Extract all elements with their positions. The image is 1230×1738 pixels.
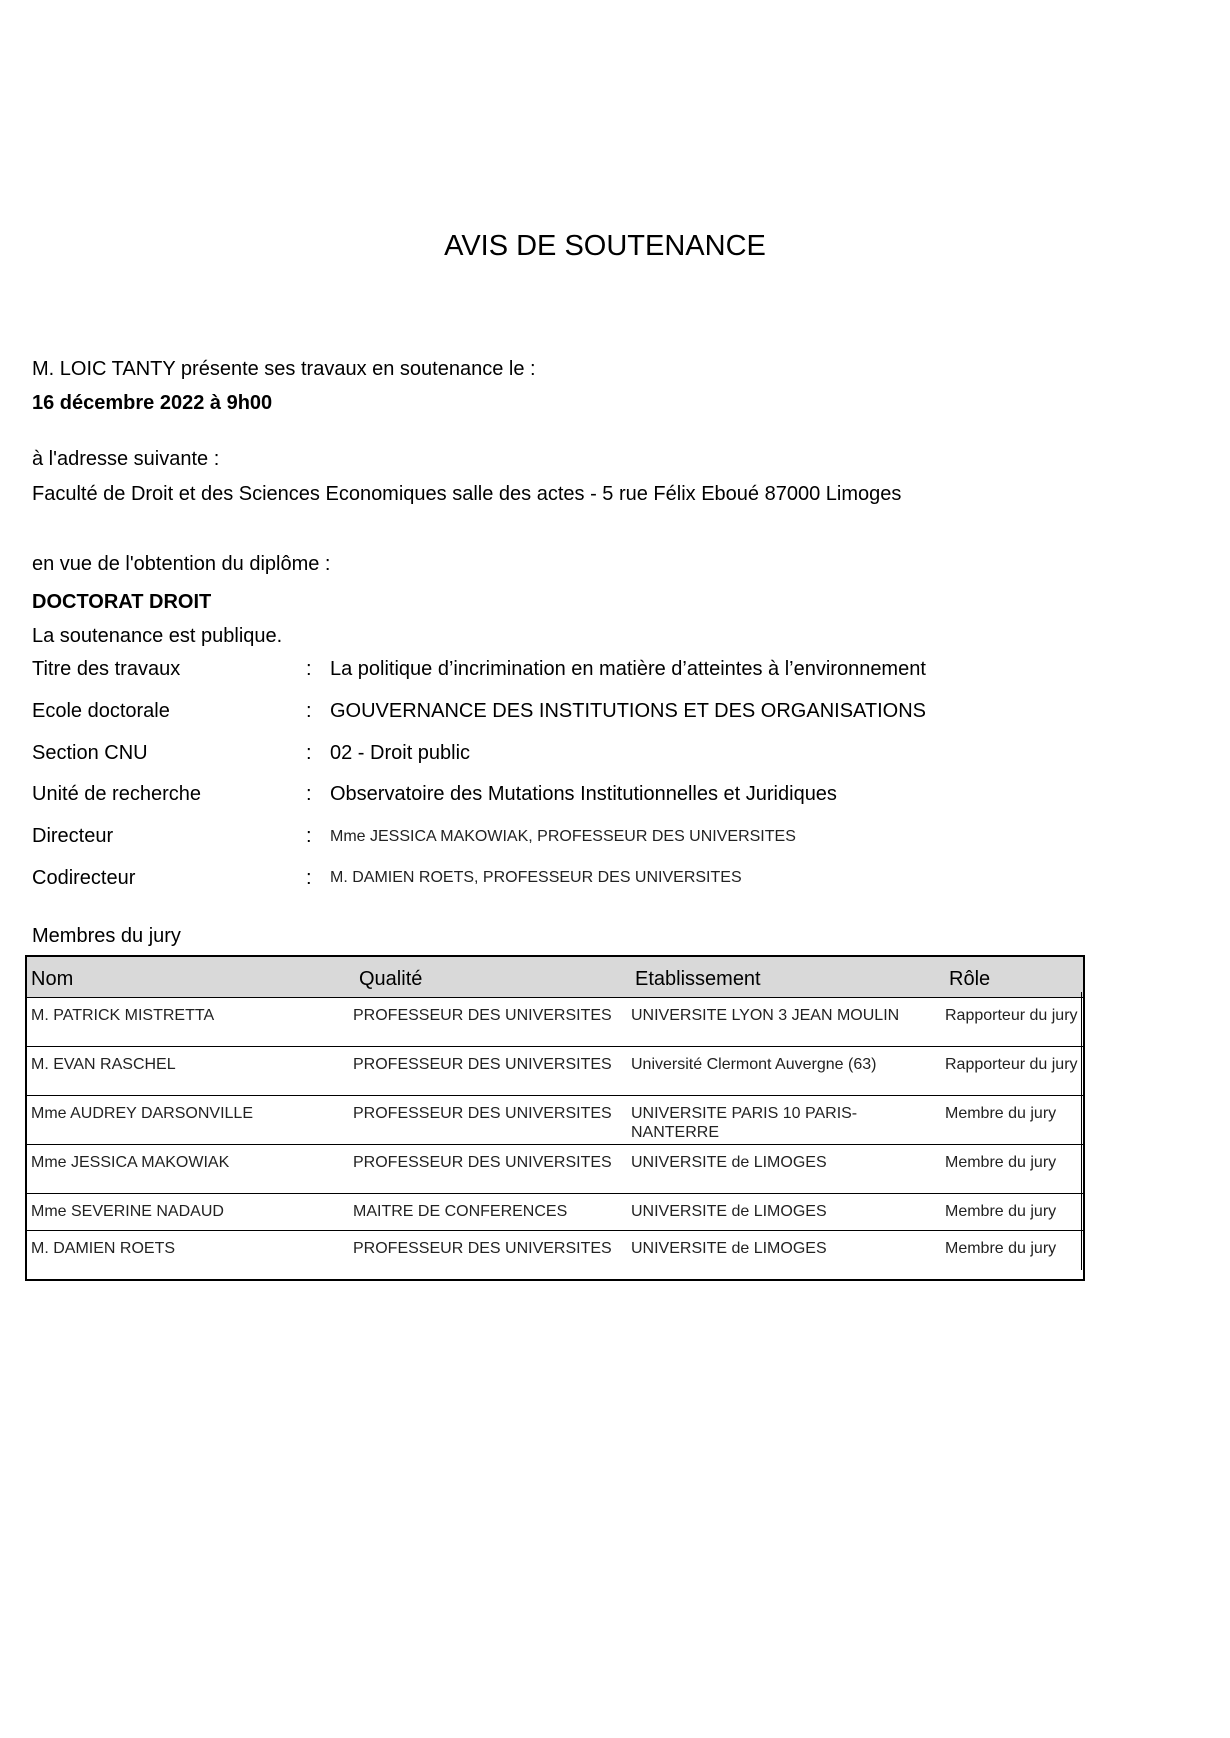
jury-etablissement: Université Clermont Auvergne (63)	[625, 1047, 939, 1096]
candidate-intro: M. LOIC TANTY présente ses travaux en so…	[32, 358, 536, 381]
address-label: à l'adresse suivante :	[32, 448, 219, 471]
column-header-role: Rôle	[939, 956, 1084, 998]
jury-qualite: PROFESSEUR DES UNIVERSITES	[347, 1047, 625, 1096]
table-row: M. DAMIEN ROETS PROFESSEUR DES UNIVERSIT…	[26, 1231, 1084, 1281]
jury-qualite: PROFESSEUR DES UNIVERSITES	[347, 1096, 625, 1145]
field-label-title: Titre des travaux	[32, 658, 180, 681]
field-value-title: La politique d’incrimination en matière …	[330, 658, 926, 681]
address: Faculté de Droit et des Sciences Economi…	[32, 483, 901, 506]
document-title: AVIS DE SOUTENANCE	[0, 230, 1210, 263]
jury-role: Membre du jury	[939, 1231, 1084, 1281]
table-row: Mme SEVERINE NADAUD MAITRE DE CONFERENCE…	[26, 1194, 1084, 1231]
jury-name: M. PATRICK MISTRETTA	[26, 998, 347, 1047]
jury-role: Rapporteur du jury	[939, 1047, 1084, 1096]
jury-name: M. EVAN RASCHEL	[26, 1047, 347, 1096]
jury-name: Mme SEVERINE NADAUD	[26, 1194, 347, 1231]
field-label-research-unit: Unité de recherche	[32, 783, 201, 806]
table-row: M. PATRICK MISTRETTA PROFESSEUR DES UNIV…	[26, 998, 1084, 1047]
jury-etablissement: UNIVERSITE PARIS 10 PARIS-NANTERRE	[625, 1096, 939, 1145]
field-label-doctoral-school: Ecole doctorale	[32, 700, 170, 723]
field-value-doctoral-school: GOUVERNANCE DES INSTITUTIONS ET DES ORGA…	[330, 700, 926, 723]
jury-etablissement: UNIVERSITE de LIMOGES	[625, 1231, 939, 1281]
jury-table: Nom Qualité Etablissement Rôle M. PATRIC…	[25, 955, 1085, 1281]
jury-table-header: Nom Qualité Etablissement Rôle	[26, 956, 1084, 998]
diploma-label: en vue de l'obtention du diplôme :	[32, 553, 330, 576]
table-row: Mme JESSICA MAKOWIAK PROFESSEUR DES UNIV…	[26, 1145, 1084, 1194]
table-row: M. EVAN RASCHEL PROFESSEUR DES UNIVERSIT…	[26, 1047, 1084, 1096]
jury-name: Mme AUDREY DARSONVILLE	[26, 1096, 347, 1145]
field-colon: :	[306, 825, 312, 848]
field-value-cnu-section: 02 - Droit public	[330, 742, 470, 765]
field-value-codirector: M. DAMIEN ROETS, PROFESSEUR DES UNIVERSI…	[330, 869, 742, 887]
field-colon: :	[306, 658, 312, 681]
field-label-codirector: Codirecteur	[32, 867, 135, 890]
jury-qualite: PROFESSEUR DES UNIVERSITES	[347, 1231, 625, 1281]
column-header-name: Nom	[26, 956, 347, 998]
field-value-director: Mme JESSICA MAKOWIAK, PROFESSEUR DES UNI…	[330, 828, 796, 846]
jury-name: M. DAMIEN ROETS	[26, 1231, 347, 1281]
table-double-border	[1081, 992, 1082, 1270]
field-colon: :	[306, 867, 312, 890]
field-colon: :	[306, 783, 312, 806]
field-label-cnu-section: Section CNU	[32, 742, 148, 765]
field-value-research-unit: Observatoire des Mutations Institutionne…	[330, 783, 837, 806]
field-colon: :	[306, 742, 312, 765]
jury-qualite: PROFESSEUR DES UNIVERSITES	[347, 1145, 625, 1194]
jury-heading: Membres du jury	[32, 925, 181, 948]
defense-date: 16 décembre 2022 à 9h00	[32, 392, 272, 415]
jury-role: Membre du jury	[939, 1194, 1084, 1231]
table-row: Mme AUDREY DARSONVILLE PROFESSEUR DES UN…	[26, 1096, 1084, 1145]
field-colon: :	[306, 700, 312, 723]
jury-name: Mme JESSICA MAKOWIAK	[26, 1145, 347, 1194]
jury-etablissement: UNIVERSITE de LIMOGES	[625, 1145, 939, 1194]
jury-role: Membre du jury	[939, 1145, 1084, 1194]
jury-etablissement: UNIVERSITE de LIMOGES	[625, 1194, 939, 1231]
jury-role: Membre du jury	[939, 1096, 1084, 1145]
column-header-etablissement: Etablissement	[625, 956, 939, 998]
jury-role: Rapporteur du jury	[939, 998, 1084, 1047]
jury-etablissement: UNIVERSITE LYON 3 JEAN MOULIN	[625, 998, 939, 1047]
field-label-director: Directeur	[32, 825, 113, 848]
jury-qualite: PROFESSEUR DES UNIVERSITES	[347, 998, 625, 1047]
column-header-qualite: Qualité	[347, 956, 625, 998]
jury-qualite: MAITRE DE CONFERENCES	[347, 1194, 625, 1231]
diploma: DOCTORAT DROIT	[32, 591, 211, 614]
public-notice: La soutenance est publique.	[32, 625, 282, 648]
